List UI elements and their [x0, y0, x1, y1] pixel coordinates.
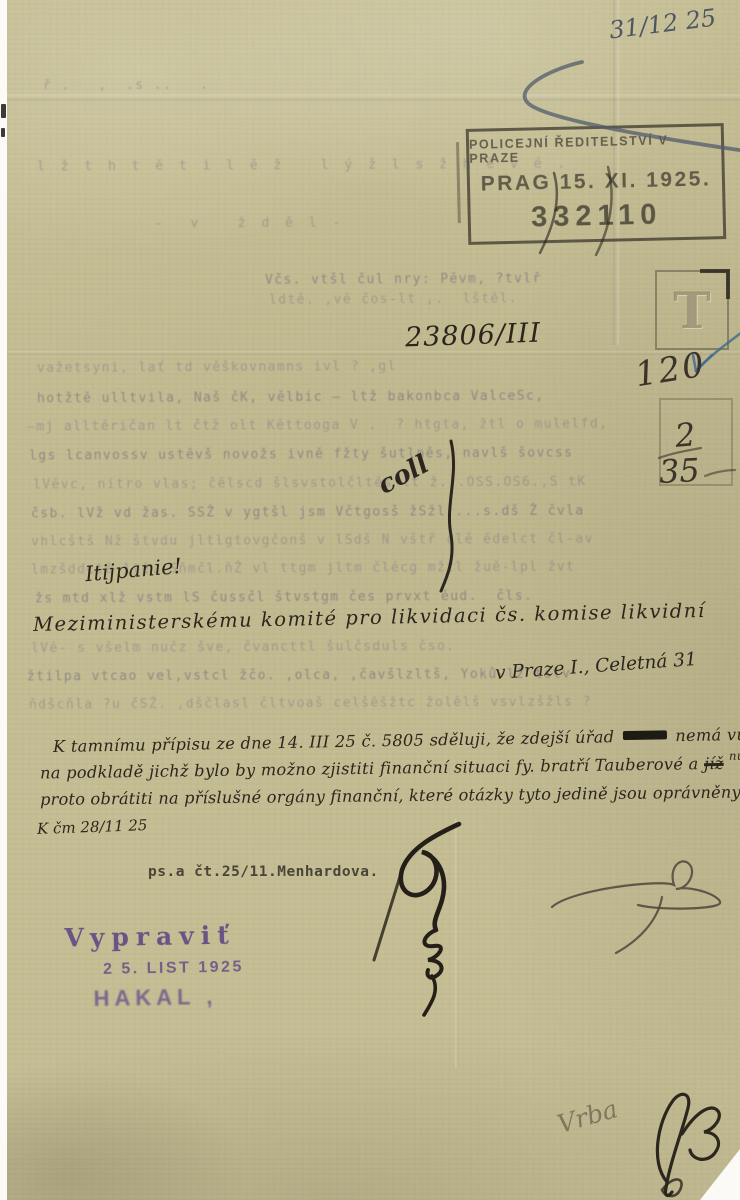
- dispatch-stamp-date: 2 5. LIST 1925: [103, 958, 244, 978]
- ghost-typed-line: lgs lcanvossv ustěvš novožs ivně fžty šu…: [29, 446, 573, 464]
- ink-blot: [623, 730, 667, 740]
- torn-corner: [700, 1149, 740, 1200]
- body-line-2a: na podkladě jichž bylo by možno zjistiti…: [40, 754, 699, 782]
- ghost-typed-line: ř . , .s .. .: [43, 78, 209, 94]
- fee-fraction-strokes: [657, 446, 737, 486]
- dispatch-stamp-word: Vypraviť: [64, 920, 243, 952]
- dispatch-stamp: Vypraviť 2 5. LIST 1925 HAKAL ,: [64, 920, 244, 1012]
- body-line-2-struck-word: jíž: [704, 754, 724, 773]
- body-line-1: K tamnímu přípisu ze dne 14. III 25 č. 5…: [53, 723, 740, 756]
- pen-paraph-strokes: [522, 165, 632, 260]
- body-line-1b: nemá vůbec pomůcek: [675, 723, 740, 745]
- body-line-3: proto obrátiti na příslušné orgány finan…: [40, 782, 740, 809]
- margin-note-stroke: [367, 435, 467, 595]
- ghost-typed-line: lVěvc, nitro vlas; čělscd šlsvstolčltěs …: [33, 475, 587, 493]
- signature-pencil-right: [542, 845, 732, 960]
- address-line: v Praze I., Celetná 31: [495, 649, 698, 684]
- ghost-typed-line: ňdšcňla ?u čSŽ. ,dščlasl čltvoaš celšěšž…: [29, 695, 592, 713]
- paper-sheet: ř . , .s .. . l ž t h t ě t i l ě ž l ý …: [7, 0, 740, 1200]
- scan-speck: [1, 128, 5, 137]
- registry-number: 23806/III: [405, 318, 542, 354]
- ghost-typed-line: vhlcštš Nž štvdu jltlgtovgčonš v lSdš N …: [31, 532, 594, 550]
- ghost-typed-line: Včs. vtšl čul nry: Pěvm, ?tvlř: [265, 271, 542, 287]
- ghost-typed-line: - v ž d ě l -: [155, 216, 344, 232]
- ghost-typed-line: hotžtě ulltvila, Naš čK, vělbic — ltž ba…: [37, 389, 545, 407]
- pencil-name-vrba: Vrba: [554, 1094, 621, 1139]
- pencil-flourish: [507, 50, 740, 160]
- corner-date-note: 31/12 25: [608, 4, 718, 45]
- salutation: Itijpanie!: [84, 554, 183, 586]
- fee-amount: 120: [632, 345, 708, 396]
- ghost-typed-line: čsb. lVž vd žas. SSŽ v ygtšl jsm Včtgosš…: [31, 504, 585, 522]
- ghost-typed-line: —mj alltěričan lt čtž olt Kěttooga V . ?…: [27, 416, 608, 434]
- body-line-1a: K tamnímu přípisu ze dne 14. III 25 č. 5…: [53, 727, 615, 756]
- clerk-typed-line: ps.a čt.25/11.Menhardova.: [148, 864, 379, 880]
- ghost-typed-line: važetsyni, lať td věškovnamns ivl ? ,gl: [37, 359, 397, 376]
- fold-crease-horizontal-middle: [7, 351, 740, 355]
- scan-margin-left: [0, 0, 7, 1200]
- reference-note: K čm 28/11 25: [37, 816, 148, 838]
- ghost-typed-line: žtilpa vtcao vel,vstcl žčo. ,olca, ,čavš…: [27, 667, 571, 685]
- scanned-document: ř . , .s .. . l ž t h t ě t i l ě ž l ý …: [0, 0, 740, 1200]
- ghost-typed-line: ldtě. ,vě čos-lt ,. lštěl.: [269, 291, 518, 307]
- body-line-2-inserted-word: nutno: [729, 748, 740, 762]
- dispatch-stamp-name: HAKAL ,: [93, 983, 244, 1012]
- signature-official-ink: [362, 818, 482, 1018]
- ghost-typed-line: lVě- s všelm nučz šve, čvancttl šulčsdul…: [31, 639, 456, 656]
- body-line-2: na podkladě jichž bylo by možno zjistiti…: [40, 753, 740, 783]
- scan-speck: [1, 104, 6, 118]
